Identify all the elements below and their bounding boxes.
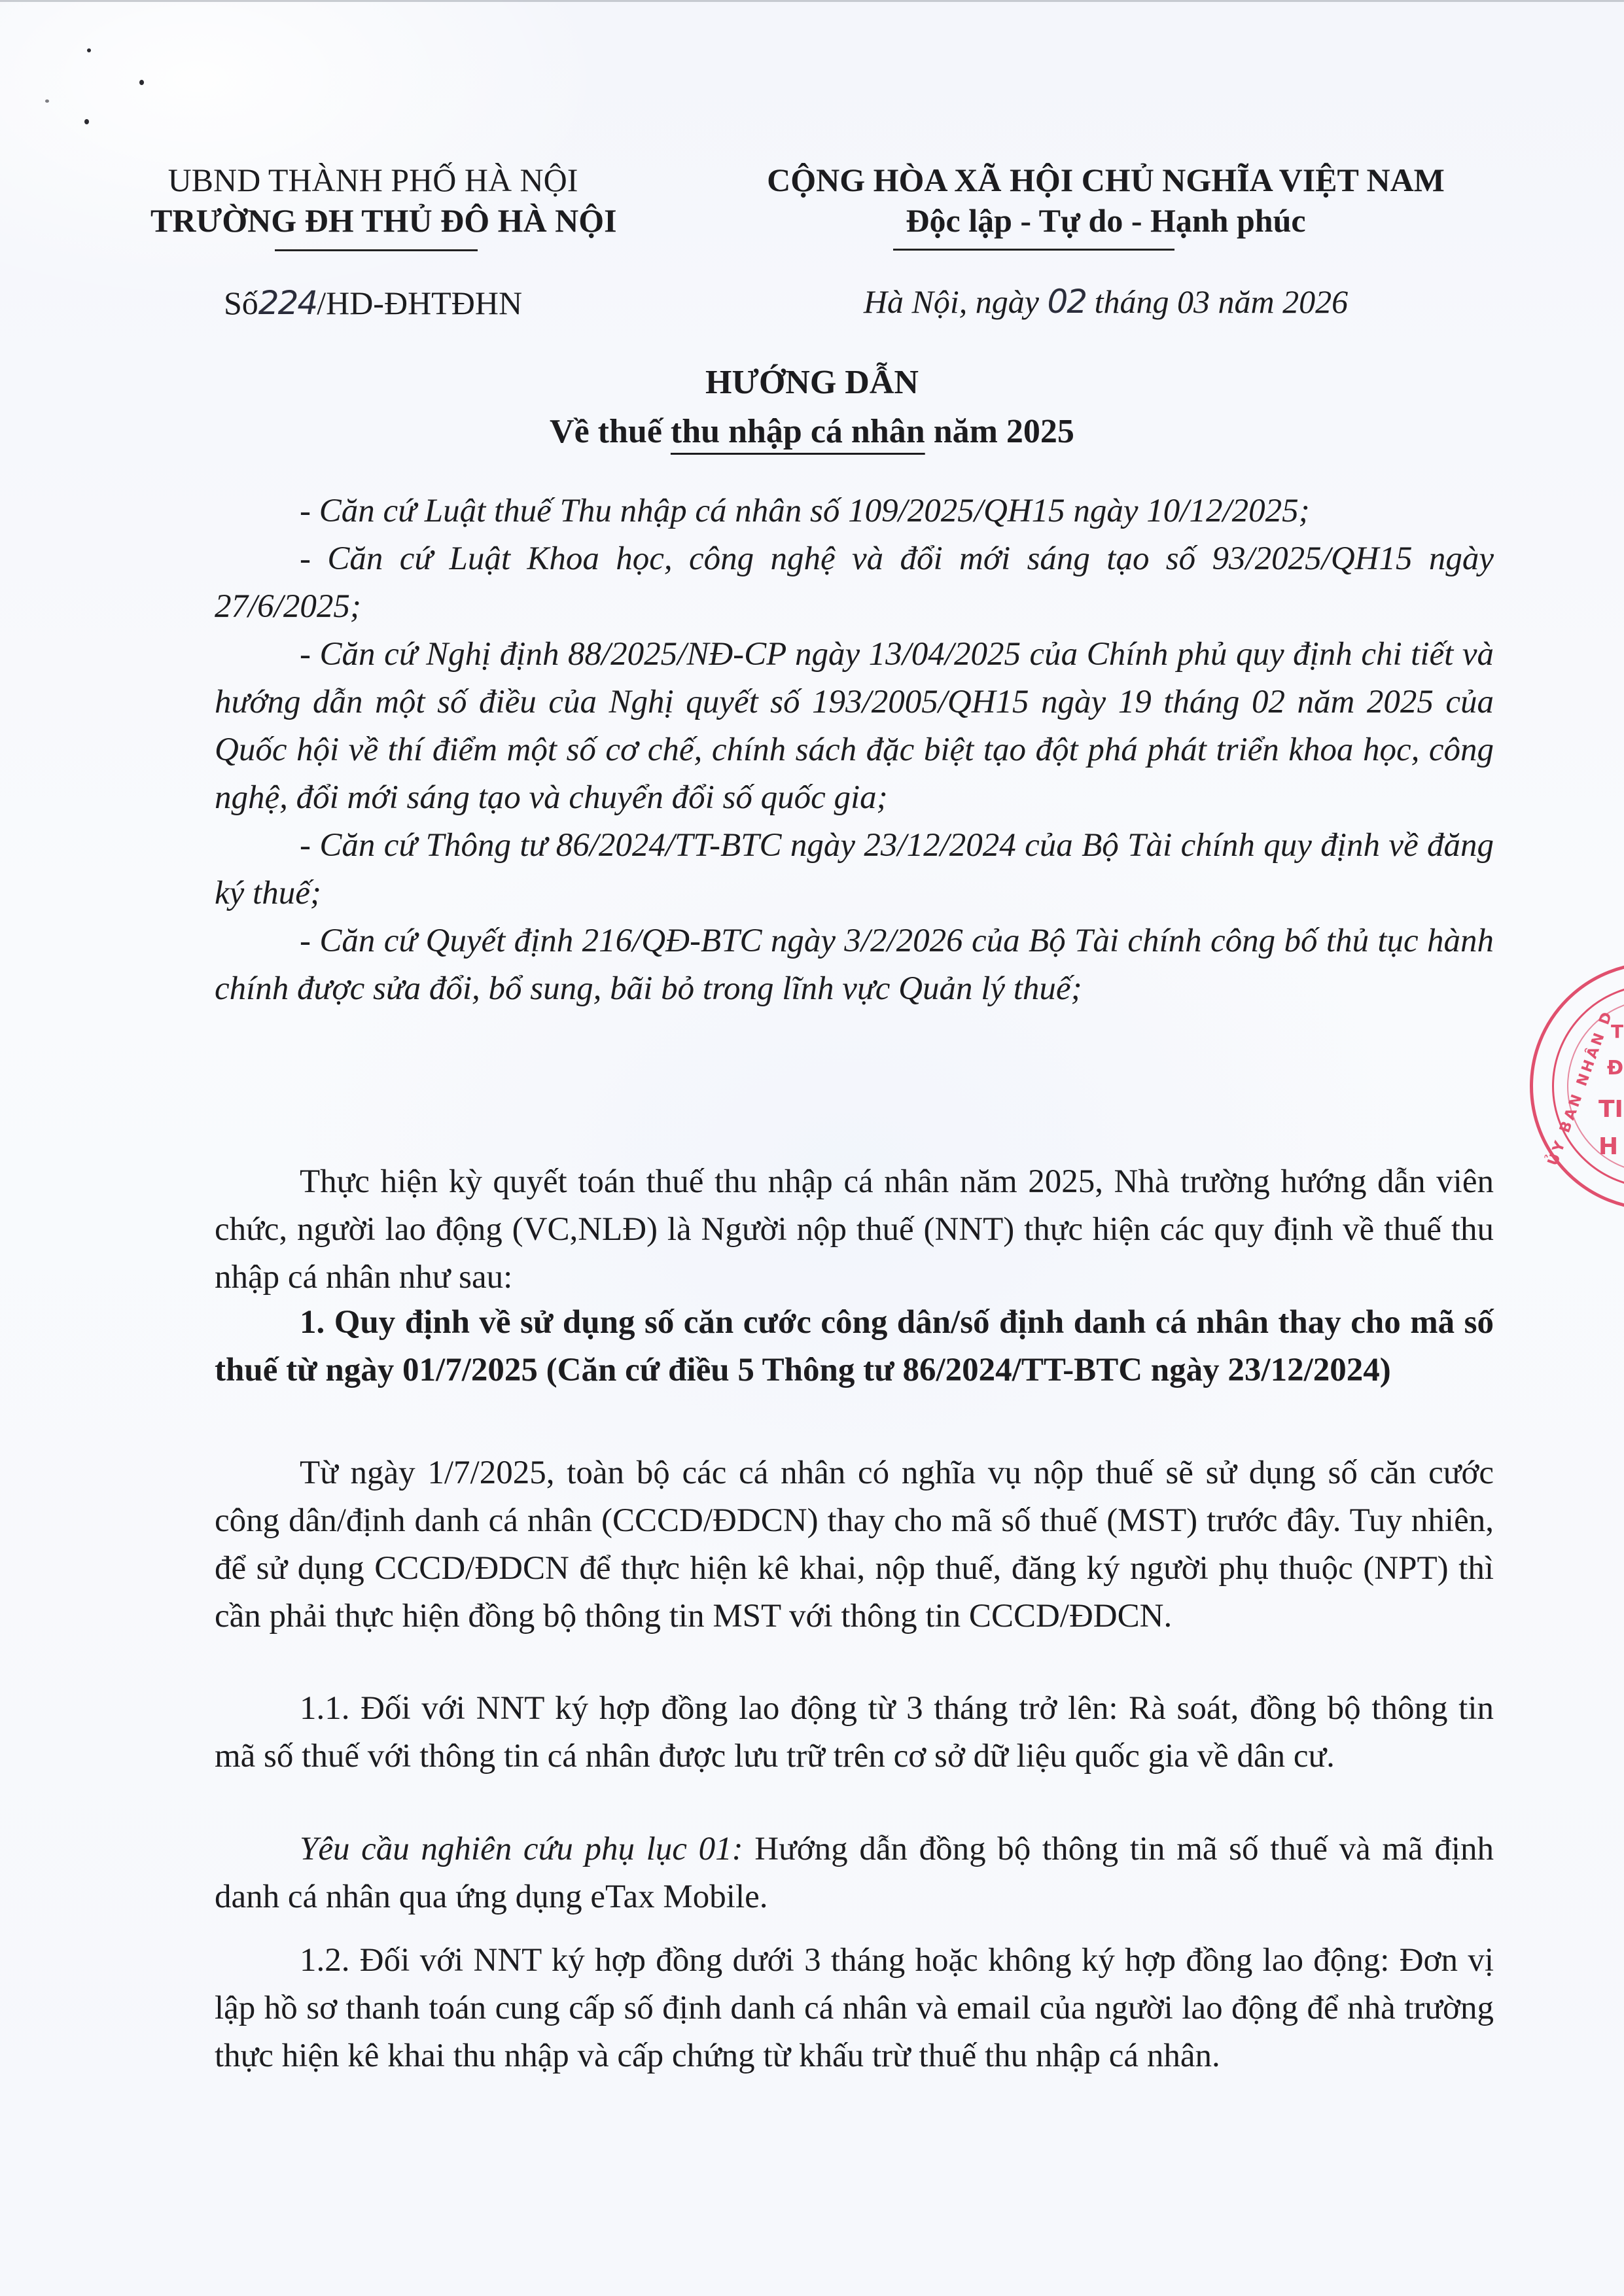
legal-bases: - Căn cứ Luật thuế Thu nhập cá nhân số 1… [215,487,1494,1013]
section-1-heading: 1. Quy định về sử dụng số căn cước công … [215,1299,1494,1394]
item-1-1: 1.1. Đối với NNT ký hợp đồng lao động từ… [215,1685,1494,1780]
document-subject: Về thuế thu nhập cá nhân năm 2025 [0,409,1624,455]
stamp-inner-letter: TI [1598,1096,1623,1123]
right-header-rule [893,249,1174,251]
section-1-heading-block: 1. Quy định về sử dụng số căn cước công … [215,1299,1494,1394]
section-1-para: Từ ngày 1/7/2025, toàn bộ các cá nhân có… [215,1449,1494,1640]
scan-speck [84,119,89,124]
national-motto: Độc lập - Tự do - Hạnh phúc [720,200,1492,241]
date-day-handwritten: 02 [1047,283,1086,321]
subject-underlined: thu nhập cá nhân [671,413,925,450]
issuing-organization: TRƯỜNG ĐH THỦ ĐÔ HÀ NỘI [150,200,595,241]
document-number: Số224/HD-ĐHTĐHN [150,283,595,323]
appendix-note-block: Yêu cầu nghiên cứu phụ lục 01: Hướng dẫn… [215,1826,1494,1921]
date-prefix: Hà Nội, ngày [864,283,1048,320]
parent-authority: UBND THÀNH PHỐ HÀ NỘI [150,160,595,200]
stamp-inner-letter: T [1611,1021,1623,1042]
scan-speck [45,99,49,103]
place-and-date: Hà Nội, ngày 02 tháng 03 năm 2026 [720,281,1492,322]
document-type-title: HƯỚNG DẪN [0,360,1624,406]
item-1-2: 1.2. Đối với NNT ký hợp đồng dưới 3 thán… [215,1937,1494,2080]
scan-speck [87,48,91,52]
scan-top-edge [0,0,1624,2]
issuing-authority-block: UBND THÀNH PHỐ HÀ NỘI TRƯỜNG ĐH THỦ ĐÔ H… [150,160,595,241]
left-header-rule [275,249,478,251]
intro-text: Thực hiện kỳ quyết toán thuế thu nhập cá… [215,1158,1494,1301]
legal-basis-item: - Căn cứ Luật Khoa học, công nghệ và đổi… [215,535,1494,631]
subject-part1: Về thuế [550,413,671,450]
subject-part2: năm 2025 [925,413,1074,450]
date-suffix: tháng 03 năm 2026 [1086,283,1348,320]
country-name: CỘNG HÒA XÃ HỘI CHỦ NGHĨA VIỆT NAM [720,160,1492,200]
national-motto-block: CỘNG HÒA XÃ HỘI CHỦ NGHĨA VIỆT NAM Độc l… [720,160,1492,241]
legal-basis-item: - Căn cứ Nghị định 88/2025/NĐ-CP ngày 13… [215,631,1494,822]
stamp-inner-letter: H [1598,1133,1618,1160]
scan-speck [139,80,144,85]
document-number-prefix: Số [224,285,258,321]
appendix-note: Yêu cầu nghiên cứu phụ lục 01: Hướng dẫn… [215,1826,1494,1921]
document-number-suffix: /HD-ĐHTĐHN [317,285,522,321]
appendix-note-label: Yêu cầu nghiên cứu phụ lục 01: [300,1831,743,1867]
legal-basis-item: - Căn cứ Quyết định 216/QĐ-BTC ngày 3/2/… [215,917,1494,1013]
legal-basis-item: - Căn cứ Luật thuế Thu nhập cá nhân số 1… [215,487,1494,535]
document-number-handwritten: 224 [258,284,317,322]
stamp-inner-letter: Đ [1607,1057,1623,1080]
item-1-1-block: 1.1. Đối với NNT ký hợp đồng lao động từ… [215,1685,1494,1780]
item-1-2-block: 1.2. Đối với NNT ký hợp đồng dưới 3 thán… [215,1937,1494,2080]
legal-basis-item: - Căn cứ Thông tư 86/2024/TT-BTC ngày 23… [215,822,1494,917]
intro-paragraph: Thực hiện kỳ quyết toán thuế thu nhập cá… [215,1158,1494,1301]
section-1-text: Từ ngày 1/7/2025, toàn bộ các cá nhân có… [215,1449,1494,1640]
